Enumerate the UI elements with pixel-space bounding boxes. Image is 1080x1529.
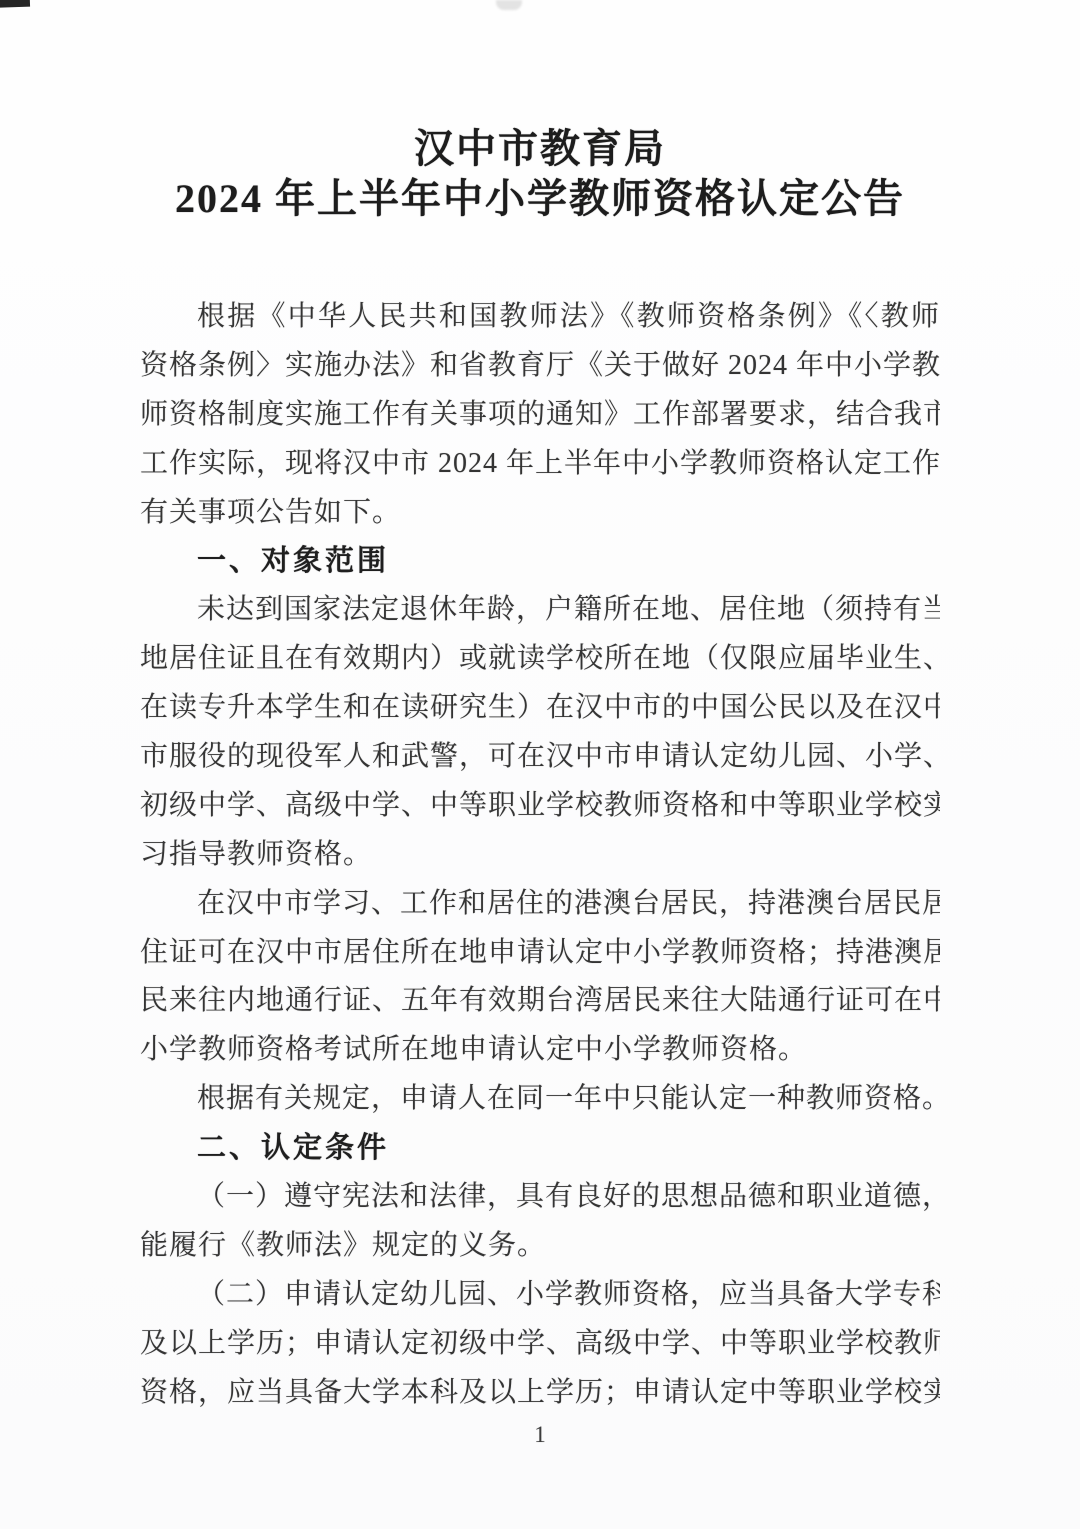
paragraph-scope: 未达到国家法定退休年龄，户籍所在地、居住地（须持有当 地居住证且在有效期内）或就…	[140, 586, 940, 879]
paragraph-one-per-year: 根据有关规定，申请人在同一年中只能认定一种教师资格。	[140, 1075, 940, 1124]
doc-title-line-1: 汉中市教育局	[0, 124, 1080, 174]
text-line: 在汉中市学习、工作和居住的港澳台居民，持港澳台居民居	[140, 880, 940, 929]
paragraph-intro: 根据《中华人民共和国教师法》《教师资格条例》《〈教师 资格条例〉实施办法》和省教…	[140, 293, 940, 537]
text-line: 及以上学历；申请认定初级中学、高级中学、中等职业学校教师	[140, 1320, 940, 1369]
section-heading-1: 一、对象范围	[140, 537, 940, 586]
section-1: 一、对象范围	[140, 537, 940, 586]
section-heading-2: 二、认定条件	[140, 1124, 940, 1173]
text-line: （二）申请认定幼儿园、小学教师资格，应当具备大学专科	[140, 1271, 940, 1320]
text-line: 小学教师资格考试所在地申请认定中小学教师资格。	[140, 1026, 940, 1075]
text-line: 根据有关规定，申请人在同一年中只能认定一种教师资格。	[140, 1075, 940, 1124]
text-line: 资格，应当具备大学本科及以上学历；申请认定中等职业学校实	[140, 1369, 940, 1418]
text-line: 有关事项公告如下。	[140, 489, 940, 538]
section-2: 二、认定条件	[140, 1124, 940, 1173]
text-line: （一）遵守宪法和法律，具有良好的思想品德和职业道德，	[140, 1173, 940, 1222]
text-line: 住证可在汉中市居住所在地申请认定中小学教师资格；持港澳居	[140, 929, 940, 978]
text-line: 民来往内地通行证、五年有效期台湾居民来往大陆通行证可在中	[140, 977, 940, 1026]
text-line: 资格条例〉实施办法》和省教育厅《关于做好 2024 年中小学教	[140, 342, 940, 391]
text-line: 习指导教师资格。	[140, 831, 940, 880]
scan-corner-artifact	[0, 0, 30, 8]
page-number: 1	[0, 1422, 1080, 1448]
paragraph-condition-1: （一）遵守宪法和法律，具有良好的思想品德和职业道德， 能履行《教师法》规定的义务…	[140, 1173, 940, 1271]
document-body: 根据《中华人民共和国教师法》《教师资格条例》《〈教师 资格条例〉实施办法》和省教…	[140, 293, 940, 1417]
document-title: 汉中市教育局 2024 年上半年中小学教师资格认定公告	[0, 124, 1080, 224]
scan-smudge-artifact	[496, 0, 522, 10]
text-line: 根据《中华人民共和国教师法》《教师资格条例》《〈教师	[140, 293, 940, 342]
text-line: 工作实际，现将汉中市 2024 年上半年中小学教师资格认定工作	[140, 440, 940, 489]
text-line: 初级中学、高级中学、中等职业学校教师资格和中等职业学校实	[140, 782, 940, 831]
document-page: 汉中市教育局 2024 年上半年中小学教师资格认定公告 根据《中华人民共和国教师…	[0, 0, 1080, 1529]
text-line: 师资格制度实施工作有关事项的通知》工作部署要求，结合我市	[140, 391, 940, 440]
paragraph-condition-2: （二）申请认定幼儿园、小学教师资格，应当具备大学专科 及以上学历；申请认定初级中…	[140, 1271, 940, 1418]
text-line: 市服役的现役军人和武警，可在汉中市申请认定幼儿园、小学、	[140, 733, 940, 782]
text-line: 能履行《教师法》规定的义务。	[140, 1222, 940, 1271]
doc-title-line-2: 2024 年上半年中小学教师资格认定公告	[0, 174, 1080, 224]
paragraph-hmt-residents: 在汉中市学习、工作和居住的港澳台居民，持港澳台居民居 住证可在汉中市居住所在地申…	[140, 880, 940, 1076]
text-line: 在读专升本学生和在读研究生）在汉中市的中国公民以及在汉中	[140, 684, 940, 733]
text-line: 未达到国家法定退休年龄，户籍所在地、居住地（须持有当	[140, 586, 940, 635]
text-line: 地居住证且在有效期内）或就读学校所在地（仅限应届毕业生、	[140, 635, 940, 684]
